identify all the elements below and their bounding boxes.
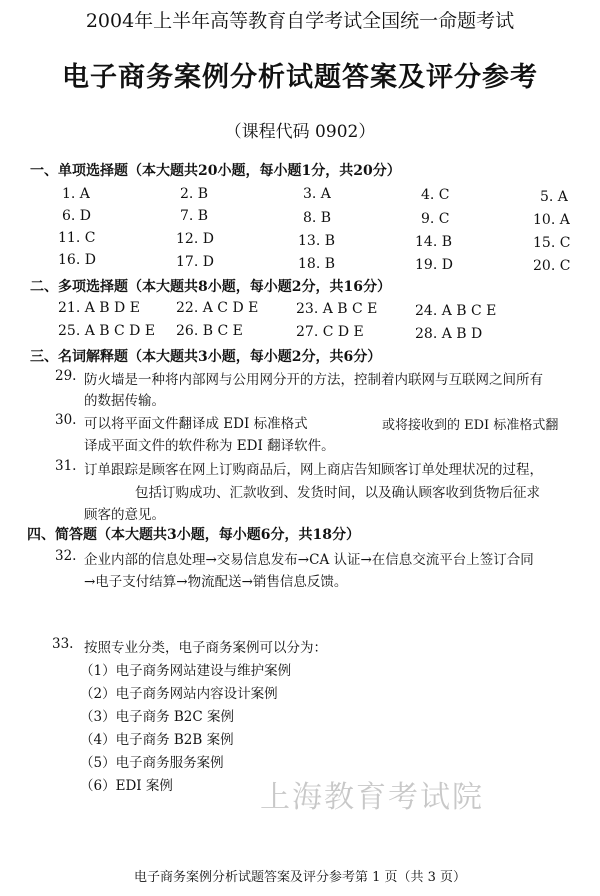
- answer-item: 10. A: [533, 212, 570, 228]
- answer-item: 6. D: [62, 208, 91, 224]
- answer-item: 7. B: [180, 208, 208, 224]
- answer-line: 可以将平面文件翻译成 EDI 标准格式: [84, 412, 308, 432]
- question-number: 30.: [55, 412, 76, 428]
- answer-item: 4. C: [421, 187, 450, 203]
- watermark: 上海教育考试院: [260, 772, 484, 816]
- question-number: 32.: [55, 548, 76, 564]
- answer-item: 3. A: [303, 186, 331, 202]
- answer-item: 5. A: [540, 189, 568, 205]
- answer-line: 的数据传输。: [84, 389, 165, 409]
- question-number: 33.: [52, 636, 73, 652]
- answer-item: 25. A B C D E: [58, 323, 155, 339]
- answer-item: 15. C: [533, 235, 570, 251]
- answer-line: 防火墙是一种将内部网与公用网分开的方法，控制着内联网与互联网之间所有: [84, 368, 543, 388]
- answer-item: 24. A B C E: [415, 303, 496, 319]
- answer-item: 23. A B C E: [296, 301, 377, 317]
- section-4-heading: 四、简答题（本大题共3小题，每小题6分，共18分）: [27, 524, 360, 544]
- list-item: （1）电子商务网站建设与维护案例: [80, 659, 291, 679]
- answer-line: 或将接收到的 EDI 标准格式翻: [382, 414, 558, 433]
- page-footer: 电子商务案例分析试题答案及评分参考第 1 页（共 3 页）: [0, 866, 600, 885]
- answer-item: 9. C: [421, 211, 450, 227]
- list-item: （4）电子商务 B2B 案例: [80, 728, 234, 748]
- exam-title: 2004年上半年高等教育自学考试全国统一命题考试: [0, 6, 600, 33]
- answer-item: 11. C: [58, 230, 95, 246]
- list-item: （3）电子商务 B2C 案例: [80, 705, 234, 725]
- answer-item: 13. B: [298, 233, 335, 249]
- question-number: 29.: [55, 368, 76, 384]
- section-1-heading: 一、单项选择题（本大题共20小题，每小题1分，共20分）: [30, 160, 401, 180]
- answer-item: 14. B: [415, 234, 452, 250]
- answer-line: 包括订购成功、汇款收到、发货时间，以及确认顾客收到货物后征求: [135, 481, 540, 501]
- answer-item: 1. A: [62, 186, 90, 202]
- answer-item: 17. D: [176, 254, 214, 270]
- answer-line: 订单跟踪是顾客在网上订购商品后，网上商店告知顾客订单处理状况的过程，: [84, 458, 543, 478]
- answer-item: 2. B: [180, 186, 208, 202]
- list-item: （5）电子商务服务案例: [80, 751, 224, 771]
- answer-item: 12. D: [176, 231, 214, 247]
- answer-line: →电子支付结算→物流配送→销售信息反馈。: [84, 570, 347, 590]
- answer-item: 19. D: [415, 257, 453, 273]
- answer-intro: 按照专业分类，电子商务案例可以分为：: [84, 636, 327, 656]
- answer-item: 18. B: [298, 256, 335, 272]
- section-3-heading: 三、名词解释题（本大题共3小题，每小题2分，共6分）: [30, 346, 381, 366]
- list-item: （2）电子商务网站内容设计案例: [80, 682, 278, 702]
- answer-line: 顾客的意见。: [84, 503, 165, 523]
- list-item: （6）EDI 案例: [80, 774, 173, 794]
- answer-item: 16. D: [58, 252, 96, 268]
- answer-item: 21. A B D E: [58, 300, 140, 316]
- answer-item: 20. C: [533, 258, 570, 274]
- section-2-heading: 二、多项选择题（本大题共8小题，每小题2分，共16分）: [30, 276, 391, 296]
- answer-item: 28. A B D: [415, 326, 482, 342]
- answer-line: 企业内部的信息处理→交易信息发布→CA 认证→在信息交流平台上签订合同: [84, 548, 534, 568]
- answer-line: 译成平面文件的软件称为 EDI 翻译软件。: [84, 434, 335, 454]
- answer-item: 22. A C D E: [176, 300, 258, 316]
- course-code: （课程代码 0902）: [0, 117, 600, 142]
- question-number: 31.: [55, 458, 76, 474]
- document-title: 电子商务案例分析试题答案及评分参考: [0, 55, 600, 94]
- answer-item: 8. B: [303, 210, 331, 226]
- answer-item: 27. C D E: [296, 324, 364, 340]
- answer-item: 26. B C E: [176, 323, 243, 339]
